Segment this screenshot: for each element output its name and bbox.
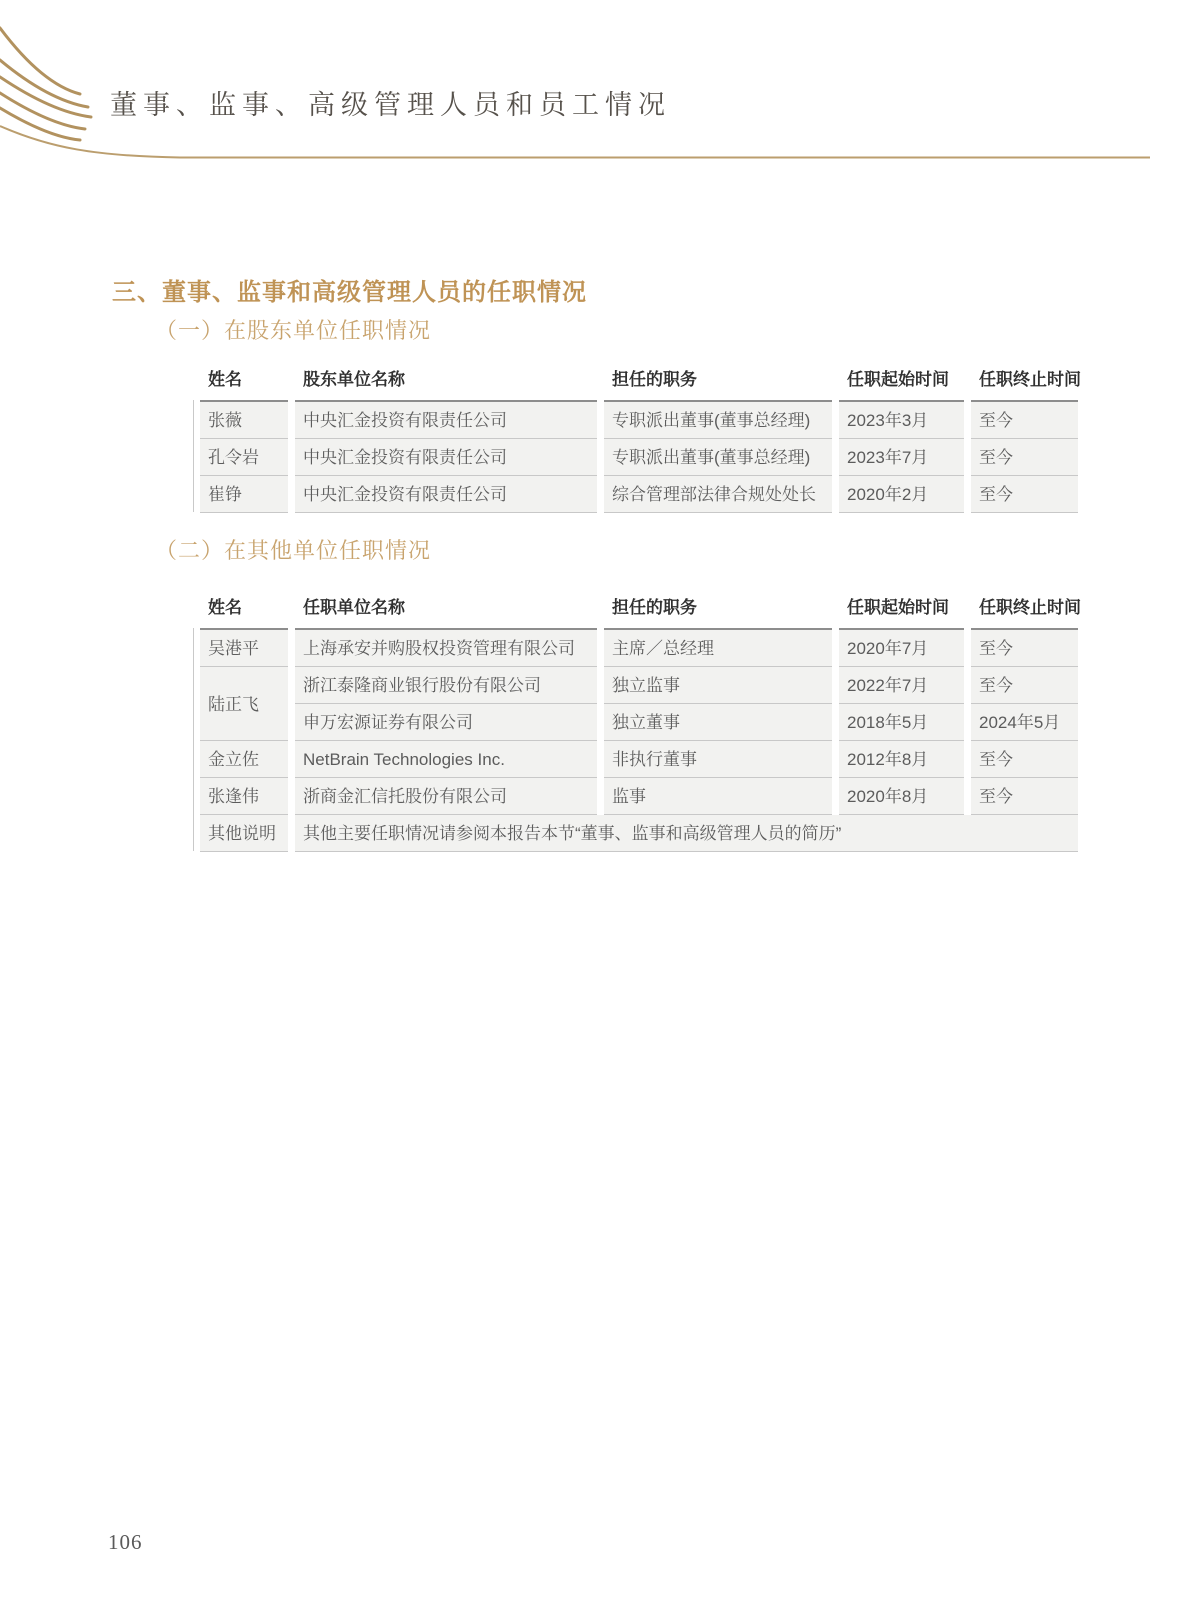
- cell-end: 至今: [971, 741, 1078, 778]
- cell-role: 专职派出董事(董事总经理): [604, 439, 832, 476]
- table-row: 陆正飞 浙江泰隆商业银行股份有限公司 独立监事 2022年7月 至今: [200, 667, 1078, 704]
- cell-name: 崔铮: [200, 476, 288, 513]
- cell-label: 其他说明: [200, 815, 288, 852]
- column-header-name: 姓名: [200, 586, 288, 630]
- cell-start: 2023年7月: [839, 439, 964, 476]
- table-header-row: 姓名 股东单位名称 担任的职务 任职起始时间 任职终止时间: [200, 358, 1078, 402]
- cell-org: 中央汇金投资有限责任公司: [295, 402, 597, 439]
- column-header-start: 任职起始时间: [839, 358, 964, 402]
- cell-end: 至今: [971, 402, 1078, 439]
- cell-end: 至今: [971, 439, 1078, 476]
- cell-name: 陆正飞: [200, 667, 288, 741]
- cell-role: 独立董事: [604, 704, 832, 741]
- other-positions-table: 姓名 任职单位名称 担任的职务 任职起始时间 任职终止时间 吴港平 上海承安并购…: [193, 586, 1093, 852]
- column-header-role: 担任的职务: [604, 586, 832, 630]
- subsection-title-shareholder: （一）在股东单位任职情况: [155, 314, 431, 345]
- page-header-title: 董事、监事、高级管理人员和员工情况: [110, 88, 671, 122]
- table-row: 张逢伟 浙商金汇信托股份有限公司 监事 2020年8月 至今: [200, 778, 1078, 815]
- cell-role: 主席／总经理: [604, 630, 832, 667]
- table-row: 吴港平 上海承安并购股权投资管理有限公司 主席／总经理 2020年7月 至今: [200, 630, 1078, 667]
- cell-start: 2020年2月: [839, 476, 964, 513]
- page-number: 106: [108, 1530, 143, 1555]
- cell-name: 张薇: [200, 402, 288, 439]
- cell-start: 2020年8月: [839, 778, 964, 815]
- cell-start: 2018年5月: [839, 704, 964, 741]
- table-row: 申万宏源证券有限公司 独立董事 2018年5月 2024年5月: [200, 704, 1078, 741]
- cell-name: 吴港平: [200, 630, 288, 667]
- column-header-name: 姓名: [200, 358, 288, 402]
- column-header-org: 任职单位名称: [295, 586, 597, 630]
- cell-note: 其他主要任职情况请参阅本报告本节“董事、监事和高级管理人员的简历”: [295, 815, 1078, 852]
- column-header-role: 担任的职务: [604, 358, 832, 402]
- subsection-title-other: （二）在其他单位任职情况: [155, 534, 431, 565]
- cell-start: 2020年7月: [839, 630, 964, 667]
- cell-org: 浙江泰隆商业银行股份有限公司: [295, 667, 597, 704]
- table-row: 金立佐 NetBrain Technologies Inc. 非执行董事 201…: [200, 741, 1078, 778]
- cell-end: 至今: [971, 476, 1078, 513]
- cell-start: 2012年8月: [839, 741, 964, 778]
- cell-end: 至今: [971, 667, 1078, 704]
- cell-role: 综合管理部法律合规处处长: [604, 476, 832, 513]
- cell-end: 至今: [971, 778, 1078, 815]
- cell-org: NetBrain Technologies Inc.: [295, 741, 597, 778]
- cell-name: 孔令岩: [200, 439, 288, 476]
- column-header-end: 任职终止时间: [971, 358, 1078, 402]
- table-row: 张薇 中央汇金投资有限责任公司 专职派出董事(董事总经理) 2023年3月 至今: [200, 402, 1078, 439]
- table-header-row: 姓名 任职单位名称 担任的职务 任职起始时间 任职终止时间: [200, 586, 1078, 630]
- cell-role: 独立监事: [604, 667, 832, 704]
- cell-role: 专职派出董事(董事总经理): [604, 402, 832, 439]
- section-title: 三、董事、监事和高级管理人员的任职情况: [112, 272, 587, 307]
- header-rule-line: [0, 126, 1150, 158]
- cell-org: 中央汇金投资有限责任公司: [295, 439, 597, 476]
- cell-role: 监事: [604, 778, 832, 815]
- cell-end: 2024年5月: [971, 704, 1078, 741]
- cell-name: 张逢伟: [200, 778, 288, 815]
- cell-name: 金立佐: [200, 741, 288, 778]
- cell-start: 2023年3月: [839, 402, 964, 439]
- shareholder-positions-table: 姓名 股东单位名称 担任的职务 任职起始时间 任职终止时间 张薇 中央汇金投资有…: [193, 358, 1093, 513]
- cell-org: 上海承安并购股权投资管理有限公司: [295, 630, 597, 667]
- cell-org: 浙商金汇信托股份有限公司: [295, 778, 597, 815]
- cell-end: 至今: [971, 630, 1078, 667]
- table-row: 崔铮 中央汇金投资有限责任公司 综合管理部法律合规处处长 2020年2月 至今: [200, 476, 1078, 513]
- column-header-org: 股东单位名称: [295, 358, 597, 402]
- cell-org: 申万宏源证券有限公司: [295, 704, 597, 741]
- cell-start: 2022年7月: [839, 667, 964, 704]
- table-row-other-notes: 其他说明 其他主要任职情况请参阅本报告本节“董事、监事和高级管理人员的简历”: [200, 815, 1078, 852]
- cell-org: 中央汇金投资有限责任公司: [295, 476, 597, 513]
- column-header-end: 任职终止时间: [971, 586, 1078, 630]
- cell-role: 非执行董事: [604, 741, 832, 778]
- table-row: 孔令岩 中央汇金投资有限责任公司 专职派出董事(董事总经理) 2023年7月 至…: [200, 439, 1078, 476]
- column-header-start: 任职起始时间: [839, 586, 964, 630]
